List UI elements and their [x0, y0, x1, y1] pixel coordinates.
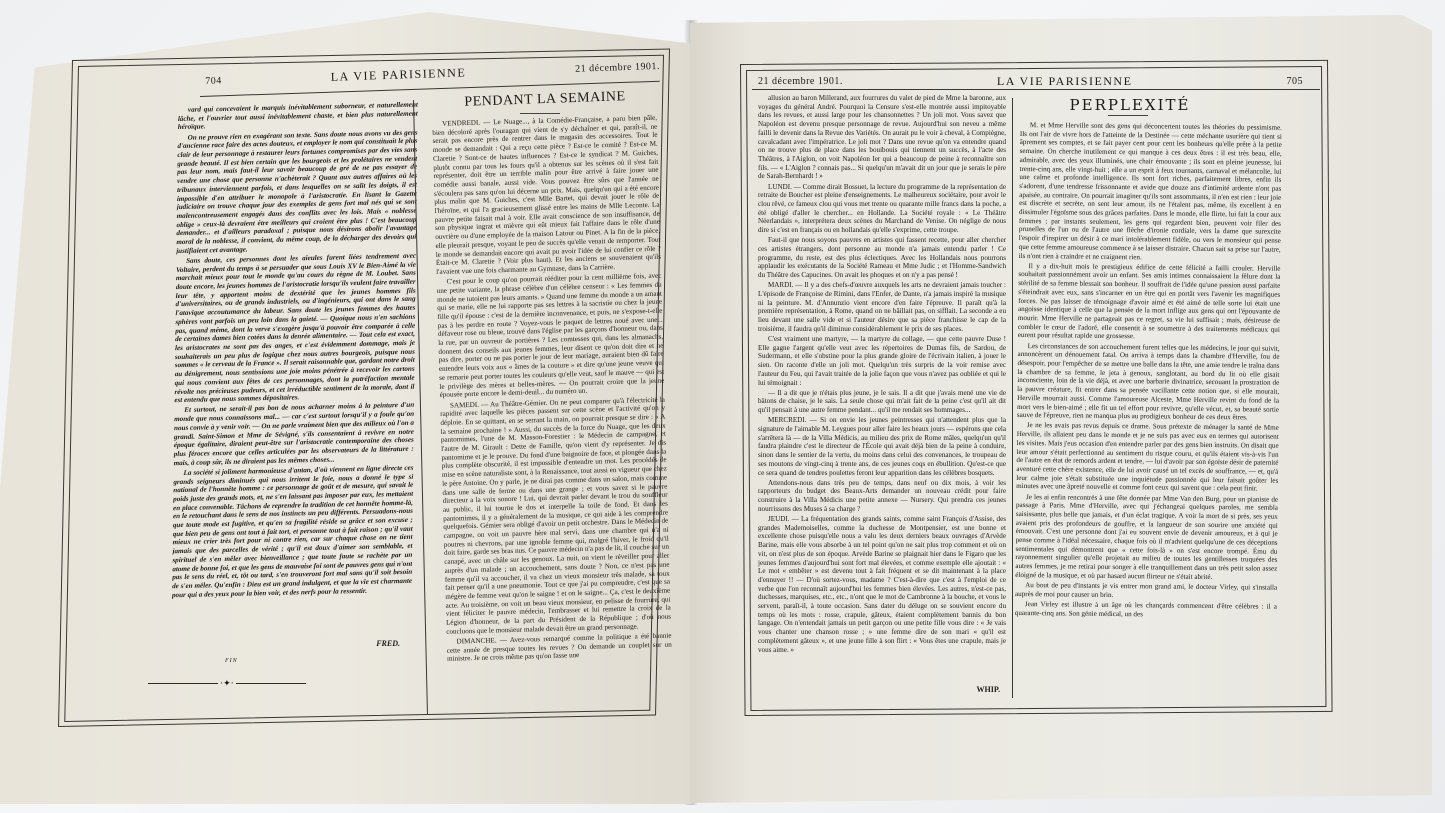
paragraph-lundi: LUNDI. — Comme dirait Bossuet, la lectur…	[758, 183, 1006, 235]
paragraph: La société si joliment harmonieuse d'ant…	[172, 464, 414, 600]
perplexite-story-column: M. et Mme Herville sont des gens qui déc…	[1014, 121, 1282, 699]
page-number: 704	[205, 75, 222, 87]
paragraph: Je les ai enfin rencontrés à une fête do…	[1015, 493, 1278, 583]
section-title-rule	[520, 113, 560, 114]
paragraph: Jean Virley est illustre à un âge où les…	[1015, 600, 1277, 620]
paragraph-mardi: MARDI. — Il y a des chefs-d'œuvre auxque…	[758, 281, 1006, 333]
ornament-line-left	[148, 683, 218, 684]
paragraph: Sans doute, ces personnes dont les aïeul…	[174, 252, 416, 405]
paragraph-vendredi: VENDREDI. — Le Nuage..., à la Comédie-Fr…	[432, 114, 661, 277]
right-running-head: 21 décembre 1901. LA VIE PARISIENNE 705	[758, 74, 1303, 89]
signature-text: WHIP.	[977, 686, 1001, 694]
paragraph-dimanche: DIMANCHE. — Avez-vous remarqué comme la …	[446, 632, 672, 664]
paragraph: vard qui concevaient le marquis inévitab…	[178, 101, 418, 133]
author-signature: FRED.	[300, 640, 400, 654]
paragraph: — Il a dit que je n'étais plus jeune, je…	[758, 389, 1006, 415]
issue-date: 21 décembre 1901.	[758, 76, 843, 87]
paragraph: C'est pour le coup qu'on pourrait réédit…	[436, 272, 664, 400]
right-column-divider	[1012, 98, 1013, 698]
fleuron-icon: ⋅✦⋅	[218, 678, 236, 689]
issue-date: 21 décembre 1901.	[575, 61, 660, 75]
paragraph-mercredi: MERCREDI. — Si on envie les jeunes peint…	[758, 416, 1006, 477]
paragraph: Faut-il que nous soyons pauvres en artis…	[758, 236, 1006, 280]
paragraph: Les circonstances de son accouchement fu…	[1017, 342, 1280, 423]
paragraph: Et surtout, ne serait-il pas bon de nous…	[174, 401, 415, 467]
paragraph: On ne prouve rien en exagérant son texte…	[176, 128, 417, 255]
paragraph: Au bout de peu d'instants je vis entrer …	[1015, 581, 1277, 601]
end-mark: FIN	[225, 658, 238, 664]
weekly-chronicle-column: VENDREDI. — Le Nuage..., à la Comédie-Fr…	[432, 114, 674, 715]
chronicle-signature: WHIP.	[920, 686, 1000, 698]
end-fleuron-ornament: ⋅✦⋅	[148, 678, 306, 689]
publication-title: LA VIE PARISIENNE	[997, 74, 1133, 89]
section-title-rule	[1108, 115, 1148, 116]
paragraph: M. et Mme Herville sont des gens qui déc…	[1019, 121, 1282, 263]
weekly-chronicle-continued-column: allusion au baron Millerand, aux fourrur…	[758, 94, 1006, 699]
signature-text: FRED.	[376, 640, 400, 648]
ornament-line-right	[236, 683, 306, 684]
page-number: 705	[1286, 76, 1303, 87]
section-title-perplexite: PERPLEXITÉ	[1030, 96, 1230, 114]
paragraph: Il y a dix-huit mois le prestigieux édif…	[1018, 262, 1281, 343]
paragraph: Je ne les avais pas revus depuis ce dram…	[1016, 421, 1279, 493]
paragraph: allusion au baron Millerand, aux fourrur…	[758, 94, 1006, 181]
paragraph-jeudi: JEUDI. — La fréquentation des grands sai…	[758, 515, 1006, 654]
paragraph-samedi: SAMEDI. — Au Théâtre-Gémier. On ne peut …	[440, 395, 671, 636]
right-head-rule	[752, 89, 1320, 90]
paragraph: Attendons-nous dans très peu de temps, d…	[758, 479, 1006, 514]
left-article-column: vard qui concevaient le marquis inévitab…	[172, 101, 418, 637]
paragraph: C'est vraiment une martyre, — la martyre…	[758, 335, 1006, 387]
